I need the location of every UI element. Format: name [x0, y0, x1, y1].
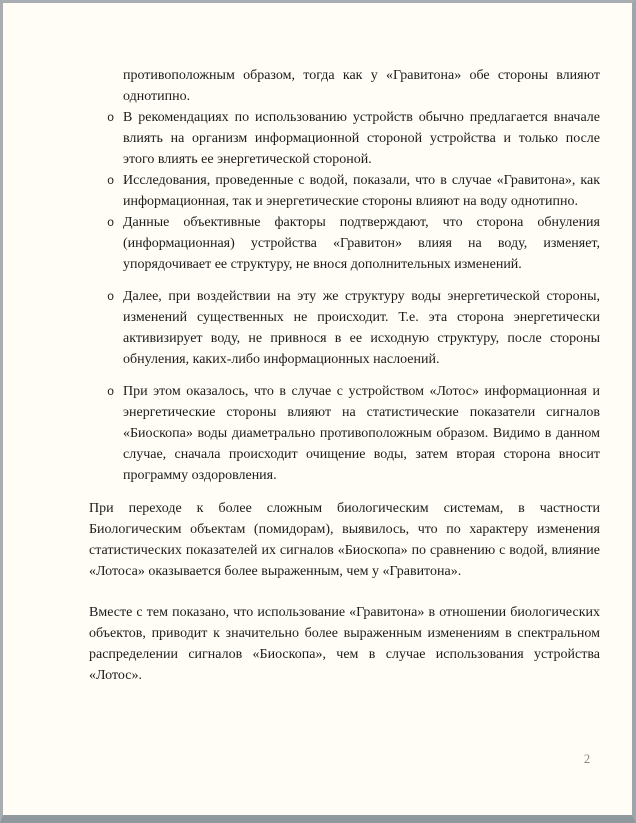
bullet-text: Исследования, проведенные с водой, показ… — [123, 170, 600, 212]
bullet-item: o Исследования, проведенные с водой, пок… — [89, 170, 600, 212]
bullet-item: o При этом оказалось, что в случае с уст… — [89, 381, 600, 486]
bullet-item: o Далее, при воздействии на эту же струк… — [89, 286, 600, 370]
document-body: противоположным образом, тогда как у «Гр… — [89, 65, 600, 686]
bullet-text: Данные объективные факторы подтверждают,… — [123, 212, 600, 275]
document-page: противоположным образом, тогда как у «Гр… — [0, 0, 636, 823]
bullet-text: При этом оказалось, что в случае с устро… — [123, 381, 600, 486]
bullet-item: o Данные объективные факторы подтверждаю… — [89, 212, 600, 275]
bullet-marker-icon: o — [107, 171, 114, 192]
continuation-paragraph: противоположным образом, тогда как у «Гр… — [123, 65, 600, 107]
bullet-marker-icon: o — [107, 382, 114, 403]
body-paragraph: При переходе к более сложным биологическ… — [89, 498, 600, 582]
bullet-item: o В рекомендациях по использованию устро… — [89, 107, 600, 170]
bullet-marker-icon: o — [107, 213, 114, 234]
bullet-text: В рекомендациях по использованию устройс… — [123, 107, 600, 170]
bullet-marker-icon: o — [107, 287, 114, 308]
body-paragraph: Вместе с тем показано, что использование… — [89, 602, 600, 686]
bullet-text: Далее, при воздействии на эту же структу… — [123, 286, 600, 370]
bullet-marker-icon: o — [107, 108, 114, 129]
page-number: 2 — [577, 752, 597, 767]
